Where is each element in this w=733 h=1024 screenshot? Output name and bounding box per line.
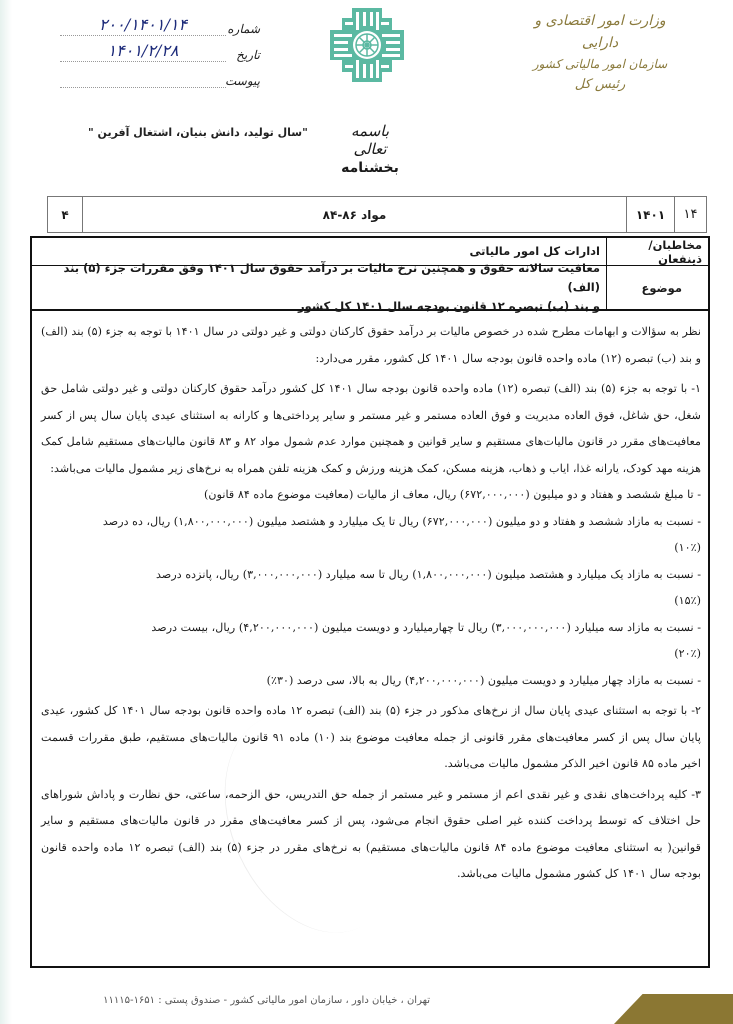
ministry-name: وزارت امور اقتصادی و دارایی bbox=[515, 10, 685, 54]
subject-value: معافیت سالانه حقوق و همچنین نرخ مالیات ب… bbox=[32, 266, 606, 309]
intro-paragraph: نظر به سؤالات و ابهامات مطرح شده در خصوص… bbox=[41, 319, 701, 372]
ministry-letterhead: وزارت امور اقتصادی و دارایی سازمان امور … bbox=[515, 10, 685, 96]
circular-year: ۱۴۰۱ bbox=[626, 197, 674, 232]
page-count: ۴ bbox=[48, 197, 82, 232]
paragraph-2: ۲- با توجه به استثنای عیدی پایان سال از … bbox=[41, 698, 701, 778]
letter-number-value: ۲۰۰/۱۴۰۱/۱۴ bbox=[60, 15, 226, 36]
circular-number: ۱۴ bbox=[674, 197, 706, 232]
attachment-value bbox=[60, 87, 226, 88]
audience-label: مخاطبان/ذینفعان bbox=[606, 238, 708, 265]
attachment-label: پیوست bbox=[226, 74, 260, 88]
year-motto: "سال تولید، دانش بنیان، اشتغال آفرین " bbox=[88, 126, 308, 139]
subject-line-2: و بند (ب) تبصره ۱۲ قانون بودجه سال ۱۴۰۱ … bbox=[38, 297, 600, 316]
document-type-title: بخشنامه bbox=[320, 160, 420, 176]
intamedia-emblem-icon bbox=[330, 8, 404, 82]
letter-number-label: شماره bbox=[226, 22, 260, 36]
tax-bracket-2-rate: (۱۰٪) bbox=[41, 535, 701, 562]
paragraph-3: ۳- کلیه پرداخت‌های نقدی و غیر نقدی اعم ا… bbox=[41, 782, 701, 888]
subject-label: موضوع bbox=[606, 266, 708, 309]
letter-date-label: تاریخ bbox=[226, 48, 260, 62]
circular-text: نظر به سؤالات و ابهامات مطرح شده در خصوص… bbox=[32, 311, 708, 888]
letter-meta: شماره ۲۰۰/۱۴۰۱/۱۴ تاریخ ۱۴۰۱/۲/۲۸ پیوست bbox=[60, 12, 260, 90]
organization-name: سازمان امور مالیاتی کشور bbox=[515, 54, 685, 74]
tax-bracket-2: - نسبت به مازاد ششصد و هفتاد و دو میلیون… bbox=[41, 509, 701, 536]
office-title: رئیس کل bbox=[515, 74, 685, 96]
page-edge bbox=[0, 0, 12, 1024]
circular-body-frame: مخاطبان/ذینفعان ادارات کل امور مالیاتی م… bbox=[30, 236, 710, 968]
letter-number-row: شماره ۲۰۰/۱۴۰۱/۱۴ bbox=[60, 12, 260, 36]
tax-bracket-5: - نسبت به مازاد چهار میلیارد و دویست میل… bbox=[41, 668, 701, 695]
attachment-row: پیوست bbox=[60, 64, 260, 88]
letter-date-row: تاریخ ۱۴۰۱/۲/۲۸ bbox=[60, 38, 260, 62]
footer-decorative-band bbox=[614, 994, 733, 1024]
subject-row: موضوع معافیت سالانه حقوق و همچنین نرخ ما… bbox=[32, 266, 708, 311]
subject-line-1: معافیت سالانه حقوق و همچنین نرخ مالیات ب… bbox=[38, 259, 600, 297]
basmala: باسمه تعالی bbox=[340, 122, 400, 158]
tax-bracket-1: - تا مبلغ ششصد و هفتاد و دو میلیون (۶۷۲,… bbox=[41, 482, 701, 509]
tax-bracket-3-rate: (۱۵٪) bbox=[41, 588, 701, 615]
paragraph-1: ۱- با توجه به جزء (۵) بند (الف) تبصره (۱… bbox=[41, 376, 701, 482]
reference-strip: ۱۴ ۱۴۰۱ مواد ۸۶-۸۴ ۴ bbox=[47, 196, 707, 233]
tax-bracket-4: - نسبت به مازاد سه میلیارد (۳,۰۰۰,۰۰۰,۰۰… bbox=[41, 615, 701, 642]
letter-date-value: ۱۴۰۱/۲/۲۸ bbox=[60, 41, 226, 62]
tax-bracket-3: - نسبت به مازاد یک میلیارد و هشتصد میلیو… bbox=[41, 562, 701, 589]
related-articles: مواد ۸۶-۸۴ bbox=[82, 197, 626, 232]
tax-bracket-4-rate: (۲۰٪) bbox=[41, 641, 701, 668]
footer-address: تهران ، خیابان داور ، سازمان امور مالیات… bbox=[70, 995, 430, 1006]
